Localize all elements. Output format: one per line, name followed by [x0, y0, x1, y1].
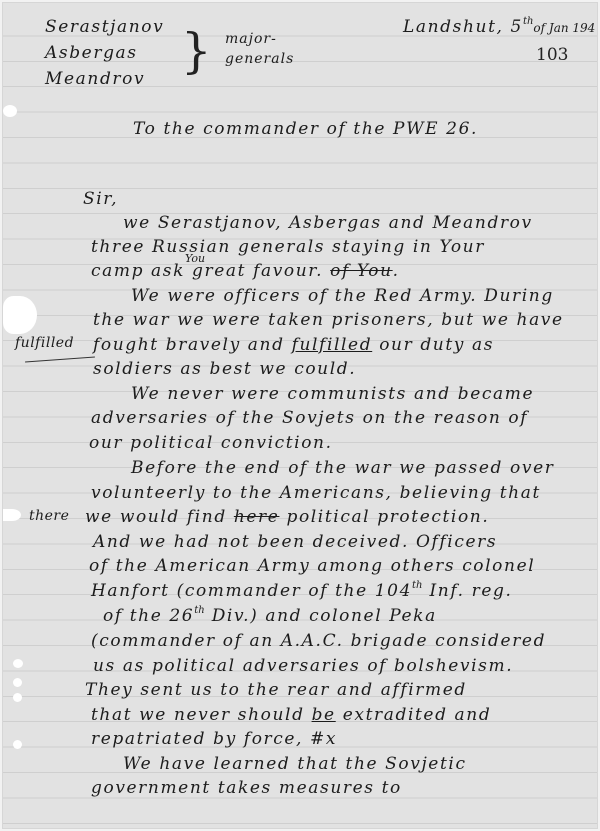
paper-tear: [3, 296, 37, 334]
letter-line: we Serastjanov, Asbergas and Meandrov: [123, 213, 533, 233]
place-date: Landshut, 5thof Jan 194: [403, 17, 595, 37]
letter-line: We were officers of the Red Army. During: [131, 286, 554, 306]
paper-tear: [3, 105, 17, 117]
letter-line: fought bravely and fulfilled our duty as: [93, 335, 494, 355]
sender-name: Asbergas: [45, 43, 138, 63]
letter-line: we would find here political protection.: [85, 507, 489, 527]
letter-line: (commander of an A.A.C. brigade consider…: [91, 631, 546, 651]
inserted-word: You: [185, 252, 205, 265]
struck-text: here: [234, 507, 280, 527]
margin-correction: fulfilled: [15, 335, 74, 351]
sender-name: Meandrov: [45, 69, 145, 89]
sender-rank: major-: [225, 31, 277, 47]
struck-text: of You: [330, 261, 392, 281]
letter-line: our political conviction.: [89, 433, 333, 453]
letter-line: And we had not been deceived. Officers: [93, 532, 497, 552]
letter-line: We have learned that the Sovjetic: [123, 754, 467, 774]
letter-line: adversaries of the Sovjets on the reason…: [91, 408, 528, 428]
paper-tear: [3, 509, 21, 521]
letter-line: camp askYou great favour. of You.: [91, 261, 400, 281]
letter-line: three Russian generals staying in Your: [91, 237, 485, 257]
letter-page: Serastjanov Asbergas Meandrov } major- g…: [2, 2, 598, 829]
letter-line: soldiers as best we could.: [93, 359, 356, 379]
letter-line: Before the end of the war we passed over: [131, 458, 554, 478]
letter-line: volunteerly to the Americans, believing …: [91, 483, 541, 503]
letter-line: We never were communists and became: [131, 384, 534, 404]
punch-hole: [13, 740, 22, 749]
sender-rank: generals: [225, 51, 294, 67]
letter-line: government takes measures to: [91, 778, 402, 798]
letter-line: of the American Army among others colone…: [89, 556, 535, 576]
letter-line: They sent us to the rear and affirmed: [85, 680, 467, 700]
letter-line: Hanfort (commander of the 104th Inf. reg…: [91, 581, 513, 601]
punch-hole: [13, 693, 22, 702]
salutation: Sir,: [83, 189, 118, 209]
letter-line: of the 26th Div.) and colonel Peka: [103, 606, 437, 626]
margin-correction: there: [29, 508, 69, 524]
letter-line: that we never should be extradited and: [91, 705, 491, 725]
page-number: 103: [536, 45, 568, 65]
underlined-word: be: [312, 705, 336, 725]
brace-symbol: }: [181, 27, 212, 75]
punch-hole: [13, 659, 23, 668]
addressee-line: To the commander of the PWE 26.: [133, 119, 478, 139]
letter-line: the war we were taken prisoners, but we …: [93, 310, 564, 330]
letter-line: repatriated by force, #x: [91, 729, 337, 749]
correction-underline: [25, 357, 95, 363]
underlined-word: fulfilled: [292, 335, 373, 355]
sender-name: Serastjanov: [45, 17, 164, 37]
punch-hole: [13, 678, 22, 687]
letter-line: us as political adversaries of bolshevis…: [93, 656, 513, 676]
